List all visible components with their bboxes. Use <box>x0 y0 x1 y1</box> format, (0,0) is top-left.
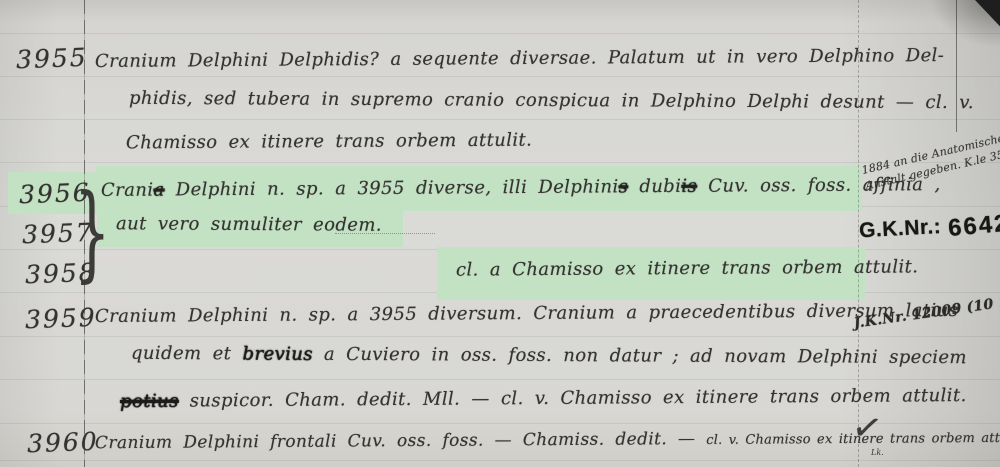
ruled-line <box>0 460 1000 461</box>
entry-3959-line2: quidem et brevius a Cuviero in oss. foss… <box>131 343 967 368</box>
inked-segment: brevius <box>242 343 312 364</box>
initials-note: Lk. <box>871 448 884 457</box>
column-rule <box>84 0 85 467</box>
struck-segment: is <box>681 176 697 197</box>
entry-3955-line3: Chamisso ex itinere trans orbem attulit. <box>126 130 532 154</box>
entry-number-3955: 3955 <box>16 43 89 74</box>
gk-label: G.K.Nr.: <box>859 215 942 242</box>
ruled-line <box>0 33 1000 34</box>
entry-number-3959: 3959 <box>25 303 98 334</box>
struck-segment: potius <box>120 391 179 412</box>
text-segment: suspicor. Cham. dedit. Mll. — cl. v. Cha… <box>179 385 967 412</box>
text-segment: a Cuviero in oss. foss. non datur ; ad n… <box>313 344 967 368</box>
ruled-line <box>0 423 1000 424</box>
text-segment: Crani <box>101 180 154 201</box>
ruled-line <box>0 379 1000 380</box>
text-segment: Cranium Delphini frontali Cuv. oss. foss… <box>95 429 706 453</box>
entry-3959-line1: Cranium Delphini n. sp. a 3955 diversum.… <box>95 300 958 327</box>
ruled-line <box>0 162 1000 163</box>
struck-segment: a <box>153 179 164 200</box>
struck-segment: s <box>619 176 629 197</box>
margin-rule <box>858 0 859 467</box>
text-segment: Delphini n. sp. a 3955 diverse, illi Del… <box>165 176 619 200</box>
entry-3958-line: cl. a Chamisso ex itinere trans orbem at… <box>456 256 919 280</box>
ruled-line <box>0 76 1000 77</box>
filler-dash-line <box>335 233 435 234</box>
entry-3959-line3: potius suspicor. Cham. dedit. Mll. — cl.… <box>120 385 967 412</box>
entry-3955-line2: phidis, sed tubera in supremo cranio con… <box>129 88 974 113</box>
ledger-page: 3955 Cranium Delphini Delphidis? a seque… <box>0 0 1000 467</box>
entry-3955-line1: Cranium Delphini Delphidis? a sequente d… <box>95 45 944 72</box>
gk-value: 66429 <box>947 208 1000 243</box>
text-segment: quidem et <box>131 343 243 365</box>
entry-number-3960: 3960 <box>27 427 100 458</box>
ruled-line <box>0 336 1000 337</box>
grouping-brace: } <box>74 178 91 290</box>
general-catalog-number: G.K.Nr.: 66429 <box>858 208 1000 245</box>
ruled-line <box>0 119 1000 120</box>
text-segment: dubi <box>628 176 681 197</box>
